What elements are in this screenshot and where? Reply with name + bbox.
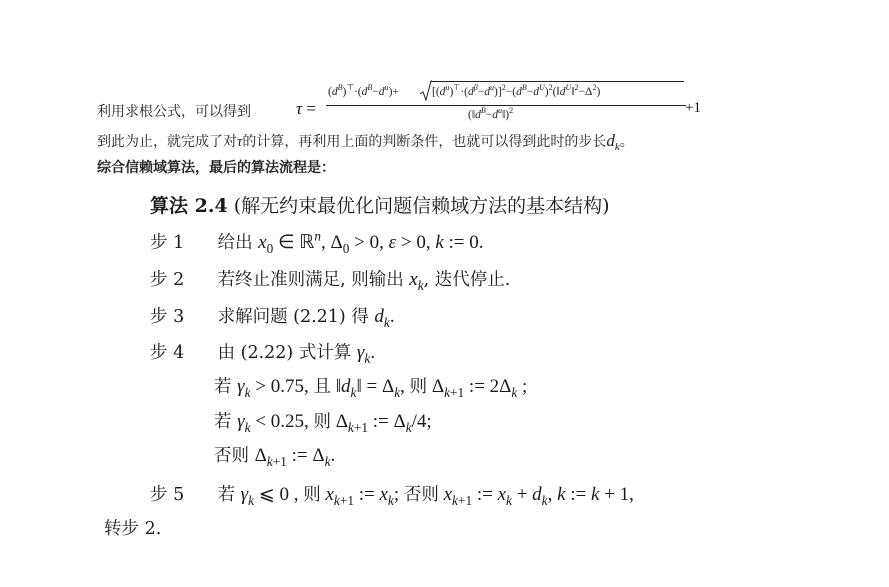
formula-radicand: [(du)⊤·(dβ−du)]2−(dB−dU)2(‖dU‖2−Δ2) [432,86,600,98]
case-math: Δk+1 := Δk. [255,445,336,466]
sqrt-overline [431,81,684,82]
tau-equals: τ = [296,99,316,119]
conclusion-text-a: 到此为止，就完成了对 [97,134,237,150]
step-math: dk. [374,306,394,327]
step-math: x0 ∈ ℝn, Δ0 > 0, ε > 0, k := 0. [258,232,483,253]
intro-lead: 利用求根公式，可以得到 [97,104,251,120]
step-text: 给出 [218,233,253,253]
case-math: γk < 0.25, 则 Δk+1 := Δk/4; [237,411,432,432]
conclusion-end: 。 [620,134,634,150]
step-5-continuation: 转步 2. [104,515,161,540]
step-3: 步 3 求解问题 (2.21) 得 dk. [150,303,395,328]
case-text: 若 [214,412,232,432]
step-tail: , 迭代停止. [424,270,511,290]
step-label: 步 4 [150,339,212,364]
case-text: 若 [214,377,232,397]
case-math: γk > 0.75, 且 ‖dk‖ = Δk, 则 Δk+1 := 2Δk ; [237,376,527,397]
algorithm-title: 算法 2.4 (解无约束最优化问题信赖域方法的基本结构) [150,191,610,218]
step-label: 步 1 [150,229,212,254]
step-4: 步 4 由 (2.22) 式计算 γk. [150,339,375,364]
case-text: 否则 [214,446,249,466]
step-1: 步 1 给出 x0 ∈ ℝn, Δ0 > 0, ε > 0, k := 0. [150,229,484,254]
plus-one: +1 [685,100,701,117]
fraction-bar [326,105,686,106]
step-text: 由 (2.22) 式计算 [218,343,352,363]
conclusion-text-b: 的计算，再利用上面的判断条件，也就可以得到此时的步长 [242,134,606,150]
formula-intro-text: 利用求根公式，可以得到 [97,101,251,121]
step-4-case-1: 若 γk > 0.75, 且 ‖dk‖ = Δk, 则 Δk+1 := 2Δk … [214,373,527,398]
algorithm-label: 算法 2.4 [150,195,228,217]
algorithm-description: (解无约束最优化问题信赖域方法的基本结构) [234,195,610,217]
formula-denominator: (‖dB−du‖)2 [468,109,513,121]
step-2: 步 2 若终止准则满足, 则输出 xk, 迭代停止. [150,266,510,291]
step-label: 步 2 [150,266,212,291]
paragraph-conclusion: 到此为止，就完成了对τ的计算，再利用上面的判断条件，也就可以得到此时的步长dk。 [97,131,634,151]
step-4-case-3: 否则 Δk+1 := Δk. [214,442,335,467]
step-text: 求解问题 (2.21) 得 [218,307,369,327]
step-5: 步 5 若 γk ⩽ 0 , 则 xk+1 := xk; 否则 xk+1 := … [150,481,634,506]
step-text: 若终止准则满足, 则输出 [218,270,404,290]
step-math: γk. [357,342,375,363]
step-math: xk [409,269,423,290]
sqrt-icon [420,80,432,102]
step-text: 若 [218,485,236,505]
step-4-case-2: 若 γk < 0.25, 则 Δk+1 := Δk/4; [214,408,432,433]
dk-symbol: d [606,131,615,150]
algorithm-intro: 综合信赖域算法，最后的算法流程是： [97,157,335,177]
step-label: 步 3 [150,303,212,328]
formula-numerator: (dB)⊤·(dB−du)+ [328,86,399,98]
step-label: 步 5 [150,481,212,506]
step-math: γk ⩽ 0 , 则 xk+1 := xk; 否则 xk+1 := xk + d… [241,484,634,505]
